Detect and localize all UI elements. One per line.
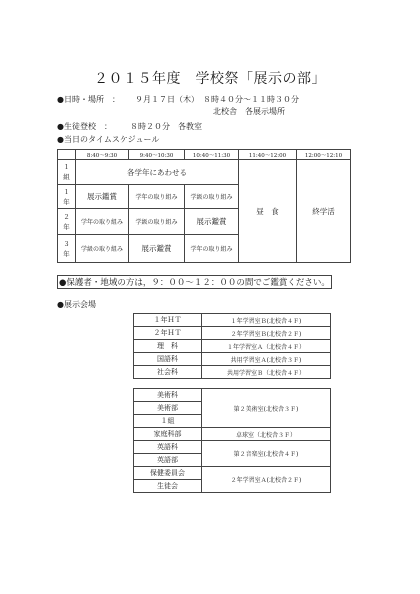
venue-name: 社会科 xyxy=(134,366,202,379)
time-header: 12:00～12:10 xyxy=(297,150,351,160)
schedule-cell: 学年の取り組み xyxy=(185,235,239,263)
venue-room: １年学習室Ａ（北校舎４Ｆ） xyxy=(202,340,331,353)
venue-room: ２年学習室Ｂ(北校舎２Ｆ) xyxy=(202,327,331,340)
schedule-heading: ●当日のタイムスケジュール xyxy=(57,134,159,145)
venue-name: 国語科 xyxy=(134,353,202,366)
venue-name: 美術部 xyxy=(134,402,202,415)
schedule-cell: 学級の取り組み xyxy=(129,209,185,235)
venue-row: 理 科１年学習室Ａ（北校舎４Ｆ） xyxy=(134,340,331,353)
schedule-cell: 学年の取り組み xyxy=(76,209,129,235)
schedule-cell: 学級の取り組み xyxy=(76,235,129,263)
venue-table-2: 美術科第２美術室(北校舎３Ｆ) 美術部 １組 家庭科部卓球室（北校舎３Ｆ） 英語… xyxy=(133,388,331,493)
closing-cell: 終学活 xyxy=(297,160,351,263)
row-label: １ 年 xyxy=(58,185,76,209)
venue-room: 第２美術室(北校舎３Ｆ) xyxy=(202,389,331,428)
schedule-cell: 展示鑑賞 xyxy=(76,185,129,209)
venue-room: 共用学習室Ｂ（北校舎４Ｆ） xyxy=(202,366,331,379)
arrival-label: ●生徒登校 ： xyxy=(57,121,112,132)
venue-row: 国語科共用学習室Ａ(北校舎３Ｆ) xyxy=(134,353,331,366)
venue-row: 社会科共用学習室Ｂ（北校舎４Ｆ） xyxy=(134,366,331,379)
venue-name: ２年ＨＴ xyxy=(134,327,202,340)
venue-name: 英語部 xyxy=(134,454,202,467)
corner-cell xyxy=(58,150,76,160)
venue-name: 理 科 xyxy=(134,340,202,353)
datetime-value: ９月１７日（木） ８時４０分～１１時３０分 xyxy=(135,94,299,105)
datetime-label: ●日時・場所 ： xyxy=(57,94,120,105)
place-value: 北校舎 各展示場所 xyxy=(213,106,285,117)
row-label: ３ 年 xyxy=(58,235,76,263)
time-header: 10:40～11:30 xyxy=(185,150,239,160)
time-header: 11:40～12:00 xyxy=(239,150,297,160)
schedule-cell: 学級の取り組み xyxy=(185,185,239,209)
venue-room: １年学習室Ｂ(北校舎４Ｆ) xyxy=(202,314,331,327)
arrival-value: ８時２０分 各教室 xyxy=(130,121,202,132)
venue-name: 家庭科部 xyxy=(134,428,202,441)
venue-name: １年ＨＴ xyxy=(134,314,202,327)
row-label: １ 組 xyxy=(58,160,76,185)
venue-name: 美術科 xyxy=(134,389,202,402)
venue-name: 英語科 xyxy=(134,441,202,454)
venue-row: ２年ＨＴ２年学習室Ｂ(北校舎２Ｆ) xyxy=(134,327,331,340)
venue-room: 卓球室（北校舎３Ｆ） xyxy=(202,428,331,441)
venue-table-1: １年ＨＴ１年学習室Ｂ(北校舎４Ｆ) ２年ＨＴ２年学習室Ｂ(北校舎２Ｆ) 理 科１… xyxy=(133,313,331,379)
page-title: ２０１５年度 学校祭「展示の部」 xyxy=(0,68,420,88)
venue-room: 第２音楽室(北校舎４Ｆ) xyxy=(202,441,331,467)
visitor-notice: ●保護者・地域の方は，９：００～１２：００の間でご鑑賞ください。 xyxy=(57,275,332,289)
venue-heading: ●展示会場 xyxy=(57,299,96,310)
schedule-cell: 各学年にあわせる xyxy=(76,160,239,185)
time-header: 8:40～9:30 xyxy=(76,150,129,160)
lunch-cell: 昼 食 xyxy=(239,160,297,263)
venue-room: 共用学習室Ａ(北校舎３Ｆ) xyxy=(202,353,331,366)
venue-name: 保健委員会 xyxy=(134,467,202,480)
schedule-table: 8:40～9:30 9:40～10:30 10:40～11:30 11:40～1… xyxy=(57,149,351,263)
venue-room: ２年学習室Ａ(北校舎２Ｆ) xyxy=(202,467,331,493)
venue-name: 生徒会 xyxy=(134,480,202,493)
venue-name: １組 xyxy=(134,415,202,428)
time-header: 9:40～10:30 xyxy=(129,150,185,160)
schedule-cell: 学年の取り組み xyxy=(129,185,185,209)
venue-row: １年ＨＴ１年学習室Ｂ(北校舎４Ｆ) xyxy=(134,314,331,327)
schedule-cell: 展示鑑賞 xyxy=(185,209,239,235)
schedule-cell: 展示鑑賞 xyxy=(129,235,185,263)
row-label: ２ 年 xyxy=(58,209,76,235)
